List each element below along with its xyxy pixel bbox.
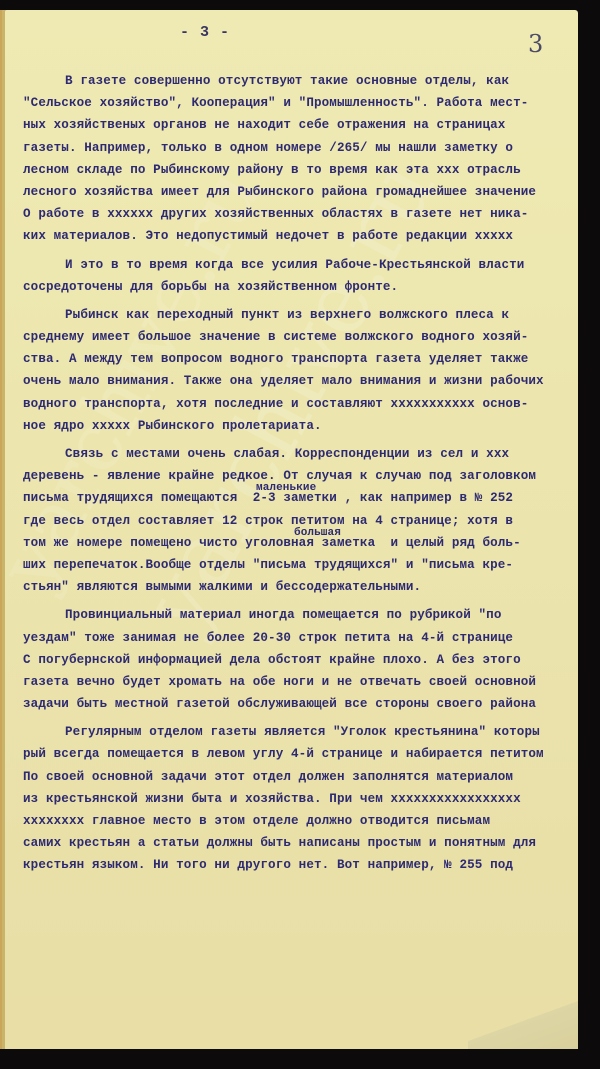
paragraph: Связь с местами очень слабая. Корреспонд…: [23, 443, 583, 604]
text-line: Регулярным отделом газеты является "Угол…: [23, 721, 583, 743]
scan-border-right: [578, 0, 600, 1069]
text-line: среднему имеет большое значение в систем…: [23, 326, 583, 348]
text-line: сосредоточены для борьбы на хозяйственно…: [23, 276, 583, 298]
text-line: И это в то время когда все усилия Рабоче…: [23, 254, 583, 276]
text-line: из крестьянской жизни быта и хозяйства. …: [23, 788, 583, 810]
paragraph: Провинциальный материал иногда помещаетс…: [23, 604, 583, 721]
text-line: водного транспорта, хотя последние и сос…: [23, 393, 583, 415]
text-line: В газете совершенно отсутствуют такие ос…: [23, 70, 583, 92]
text-line: ных хозяйственых органов не находит себе…: [23, 114, 583, 136]
text-line: лесного хозяйства имеет для Рыбинского р…: [23, 181, 583, 203]
scan-border-bottom: [0, 1049, 600, 1069]
text-line: xxxxxxxx главное место в этом отделе дол…: [23, 810, 583, 832]
handwritten-folio-number: 3: [528, 30, 543, 58]
text-line: ное ядро xxxxx Рыбинского пролетариата.: [23, 415, 583, 437]
paragraph: И это в то время когда все усилия Рабоче…: [23, 254, 583, 304]
text-line: Связь с местами очень слабая. Корреспонд…: [23, 443, 583, 465]
text-line: задачи быть местной газетой обслуживающе…: [23, 693, 583, 715]
text-line: газета вечно будет хромать на обе ноги и…: [23, 671, 583, 693]
text-line: ства. А между тем вопросом водного транс…: [23, 348, 583, 370]
text-line: С погубернской информацией дела обстоят …: [23, 649, 583, 671]
text-line: самих крестьян а статьи должны быть напи…: [23, 832, 583, 854]
paragraph: В газете совершенно отсутствуют такие ос…: [23, 70, 583, 254]
folded-corner: [468, 1001, 578, 1049]
text-line: очень мало внимания. Также она уделяет м…: [23, 370, 583, 392]
text-line: О работе в xxxxxx других хозяйственных о…: [23, 203, 583, 225]
text-line: Рыбинск как переходный пункт из верхнего…: [23, 304, 583, 326]
text-line: Провинциальный материал иногда помещаетс…: [23, 604, 583, 626]
text-line: По своей основной задачи этот отдел долж…: [23, 766, 583, 788]
paragraph: Рыбинск как переходный пункт из верхнего…: [23, 304, 583, 443]
text-line: ких материалов. Это недопустимый недочет…: [23, 225, 583, 247]
text-line: крестьян языком. Ни того ни другого нет.…: [23, 854, 583, 876]
page-number: - 3 -: [180, 24, 230, 41]
typewritten-body: В газете совершенно отсутствуют такие ос…: [23, 70, 583, 877]
paragraph: Регулярным отделом газеты является "Угол…: [23, 721, 583, 876]
text-line: ших перепечаток.Вообще отделы "письма тр…: [23, 554, 583, 576]
text-line: "Сельское хозяйство", Кооперация" и "Про…: [23, 92, 583, 114]
text-line: стьян" являются вымыми жалкими и бессоде…: [23, 576, 583, 598]
text-line: газеты. Например, только в одном номере …: [23, 137, 583, 159]
text-line: рый всегда помещается в левом углу 4-й с…: [23, 743, 583, 765]
text-line: уездам" тоже занимая не более 20-30 стро…: [23, 627, 583, 649]
text-line: лесном складе по Рыбинскому району в то …: [23, 159, 583, 181]
